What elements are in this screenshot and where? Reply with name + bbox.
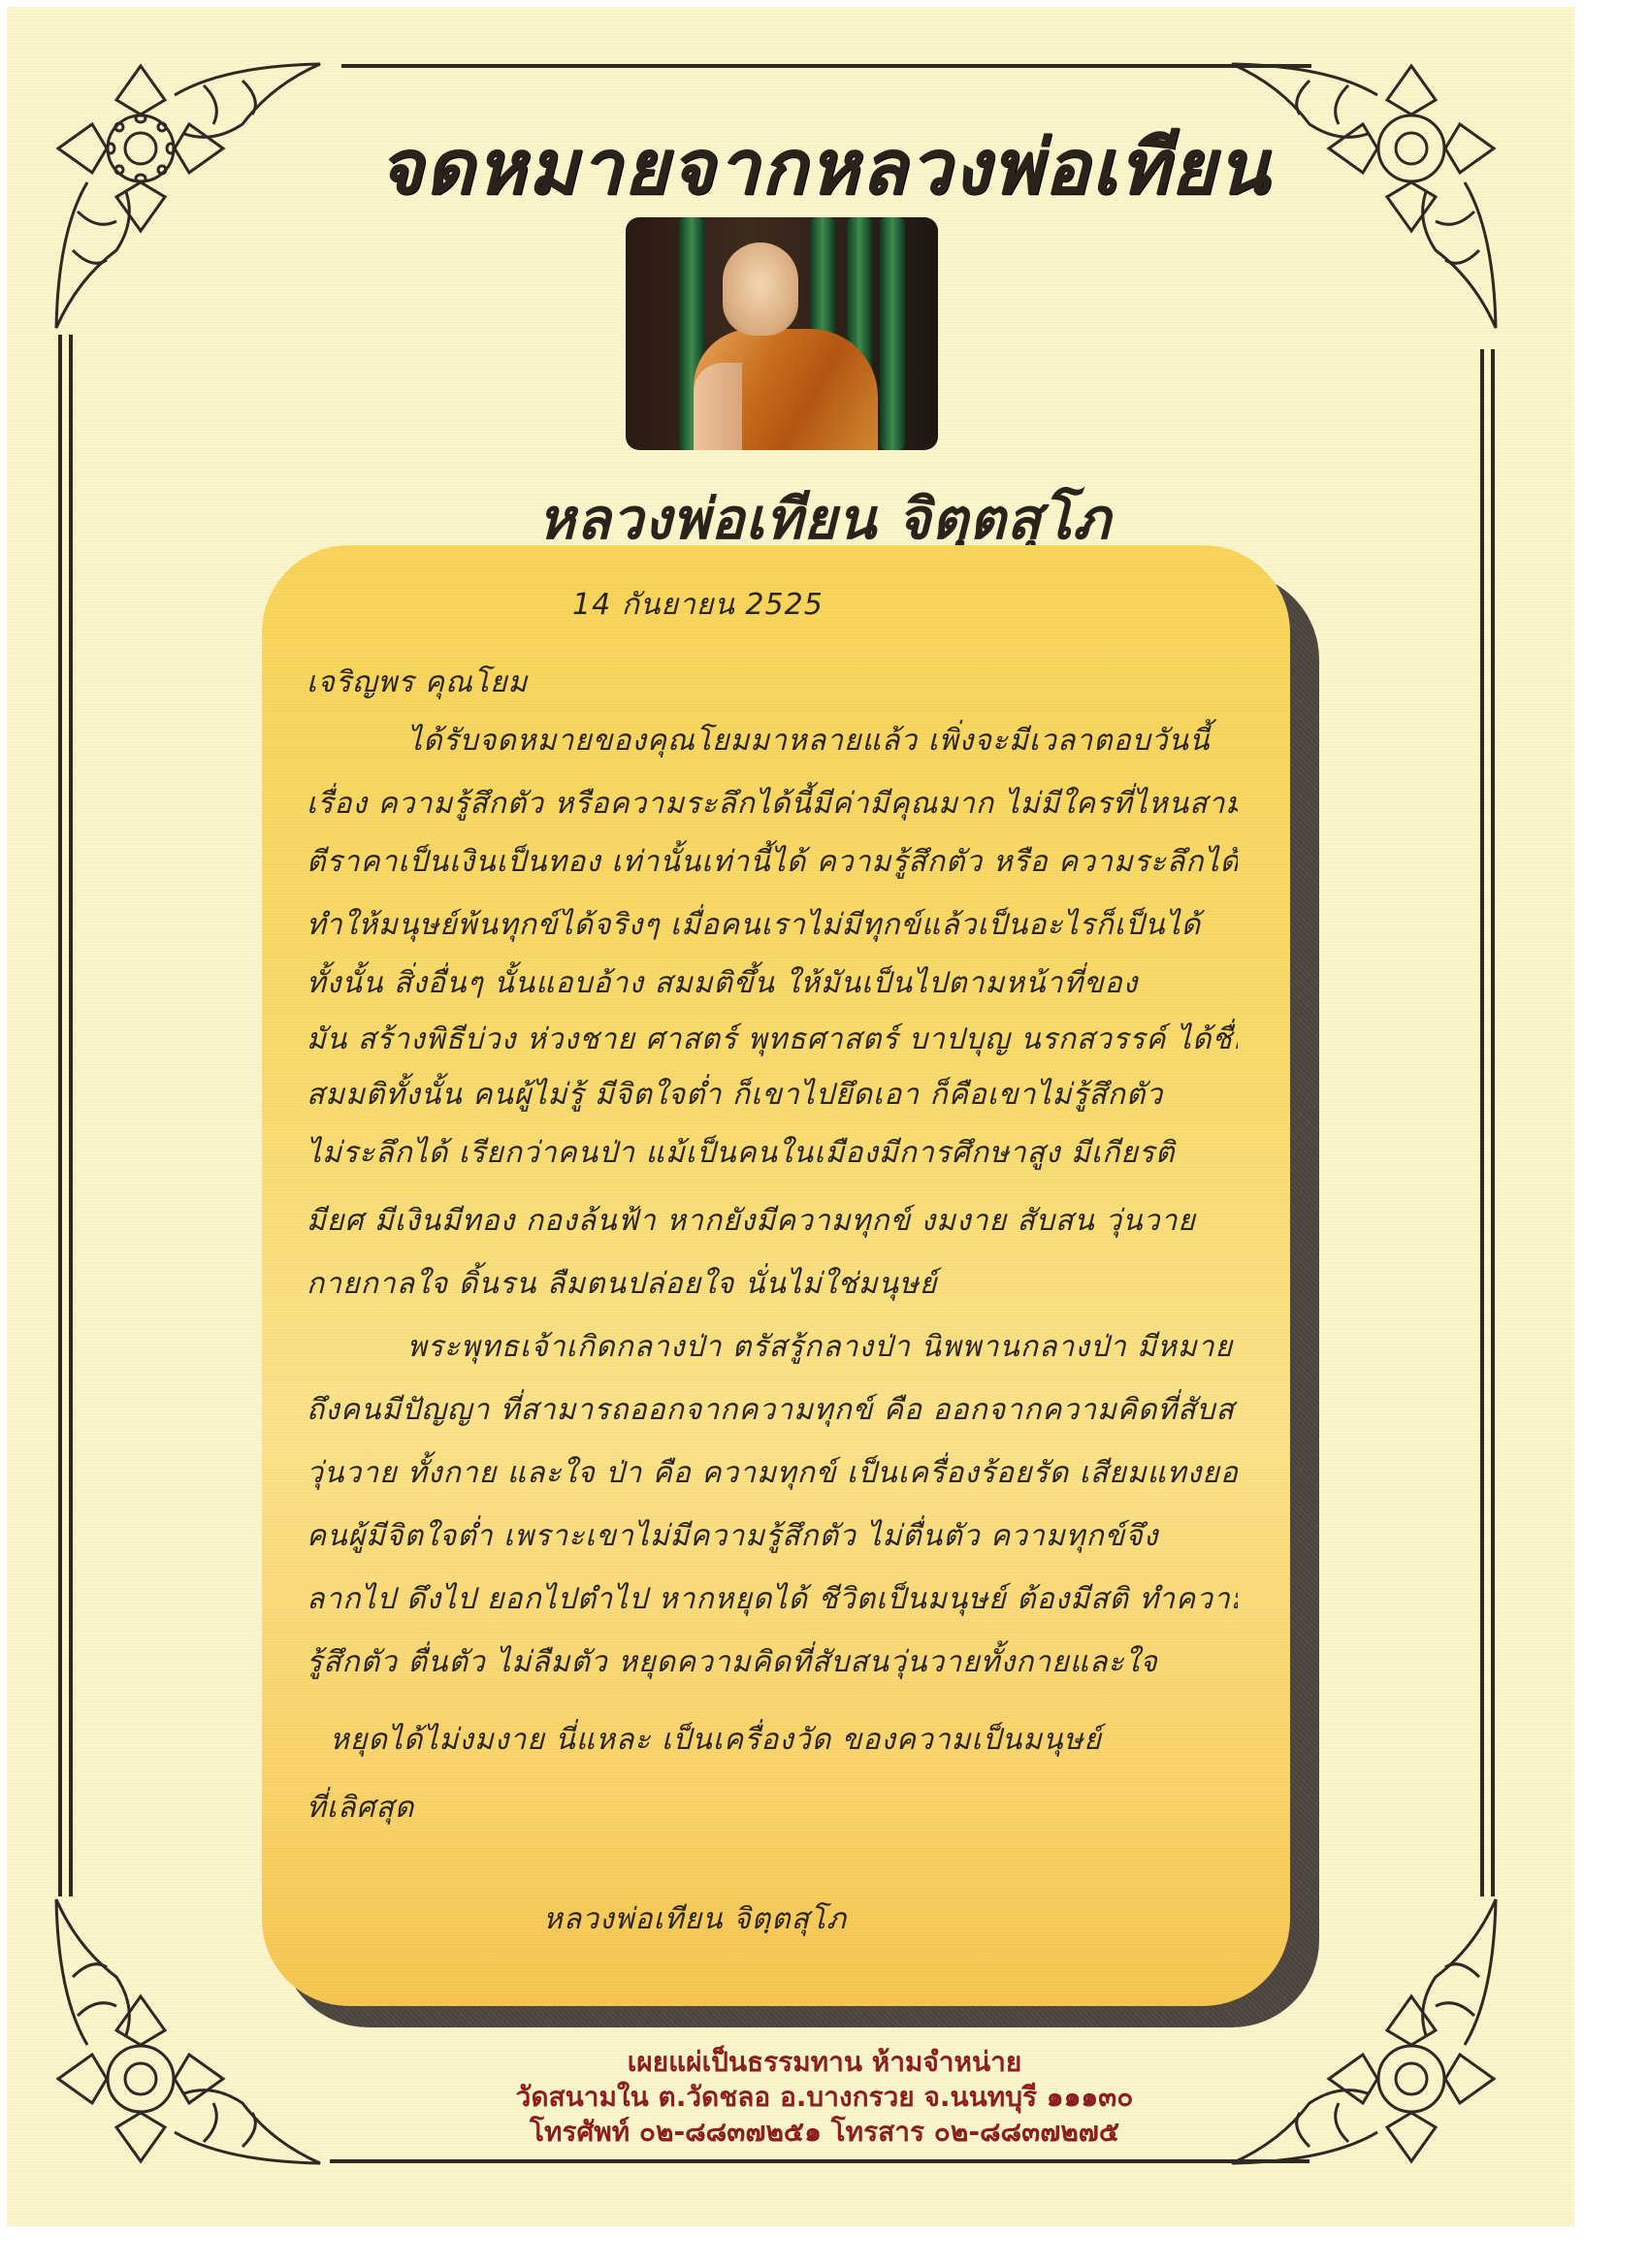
monk-face bbox=[723, 243, 798, 336]
letter-date: 14 กันยายน 2525 bbox=[572, 582, 824, 628]
right-border-outer bbox=[1480, 349, 1484, 1896]
letter-line: ถึงคนมีปัญญา ที่สามารถออกจากความทุกข์ คื… bbox=[307, 1387, 1238, 1433]
letter-line: ไม่ระลึกได้ เรียกว่าคนป่า แม้เป็นคนในเมื… bbox=[307, 1130, 1238, 1176]
monk-portrait-photo bbox=[626, 217, 938, 450]
document-title: จดหมายจากหลวงพ่อเทียน bbox=[0, 107, 1649, 227]
footer-address: วัดสนามใน ต.วัดชลอ อ.บางกรวย จ.นนทบุรี ๑… bbox=[0, 2080, 1649, 2115]
left-border-outer bbox=[58, 335, 62, 1896]
letter-line: รู้สึกตัว ตื่นตัว ไม่ลืมตัว หยุดความคิดท… bbox=[307, 1639, 1238, 1685]
letter-line: วุ่นวาย ทั้งกาย และใจ ป่า คือ ความทุกข์ … bbox=[307, 1450, 1238, 1496]
letter-line: กายกาลใจ ดิ้นรน ลืมตนปล่อยใจ นั่นไม่ใช่ม… bbox=[307, 1261, 1238, 1307]
letter-line: สมมติทั้งนั้น คนผู้ไม่รู้ มีจิตใจต่ำ ก็เ… bbox=[307, 1072, 1238, 1118]
letter-line: เรื่อง ความรู้สึกตัว หรือความระลึกได้นี้… bbox=[307, 781, 1238, 826]
letter-signature: หลวงพ่อเทียน จิตฺตสุโภ bbox=[543, 1896, 847, 1942]
letter-line: ลากไป ดึงไป ยอกไปตำไป หากหยุดได้ ชีวิตเป… bbox=[307, 1576, 1238, 1622]
letter-line: ตีราคาเป็นเงินเป็นทอง เท่านั้นเท่านี้ได้… bbox=[307, 839, 1238, 885]
letter-line: ได้รับจดหมายของคุณโยมมาหลายแล้ว เพิ่งจะม… bbox=[407, 718, 1222, 763]
letter-line: คนผู้มีจิตใจต่ำ เพราะเขาไม่มีความรู้สึกต… bbox=[307, 1513, 1238, 1559]
letter-line: มัน สร้างพิธีบ่วง ห่วงชาย ศาสตร์ พุทธศาส… bbox=[307, 1017, 1238, 1062]
bottom-border bbox=[330, 2159, 1309, 2163]
bamboo-stalk bbox=[880, 217, 905, 450]
letter-salutation: เจริญพร คุณโยม bbox=[307, 660, 528, 705]
footer-distribution-note: เผยแผ่เป็นธรรมทาน ห้ามจำหน่าย bbox=[0, 2045, 1649, 2080]
letter-line: ทำให้มนุษย์พ้นทุกข์ได้จริงๆ เมื่อคนเราไม… bbox=[307, 902, 1238, 948]
top-border bbox=[341, 64, 1311, 68]
left-border-inner bbox=[69, 335, 73, 1896]
letter-line: หยุดได้ไม่งมงาย นี่แหละ เป็นเครื่องวัด ข… bbox=[330, 1717, 1242, 1763]
right-border-inner bbox=[1491, 349, 1495, 1896]
bare-shoulder bbox=[694, 363, 742, 450]
footer-contact: โทรศัพท์ ๐๒-๘๘๓๗๒๕๑ โทรสาร ๐๒-๘๘๓๗๒๗๕ bbox=[0, 2115, 1649, 2150]
letter-line: พระพุทธเจ้าเกิดกลางป่า ตรัสรู้กลางป่า นิ… bbox=[407, 1324, 1242, 1370]
letter-line: มียศ มีเงินมีทอง กองล้นฟ้า หากยังมีความท… bbox=[307, 1198, 1238, 1244]
letter-line: ที่เลิศสุด bbox=[307, 1785, 1238, 1831]
letter-line: ทั้งนั้น สิ่งอื่นๆ นั้นแอบอ้าง สมมติขึ้น… bbox=[307, 960, 1238, 1006]
